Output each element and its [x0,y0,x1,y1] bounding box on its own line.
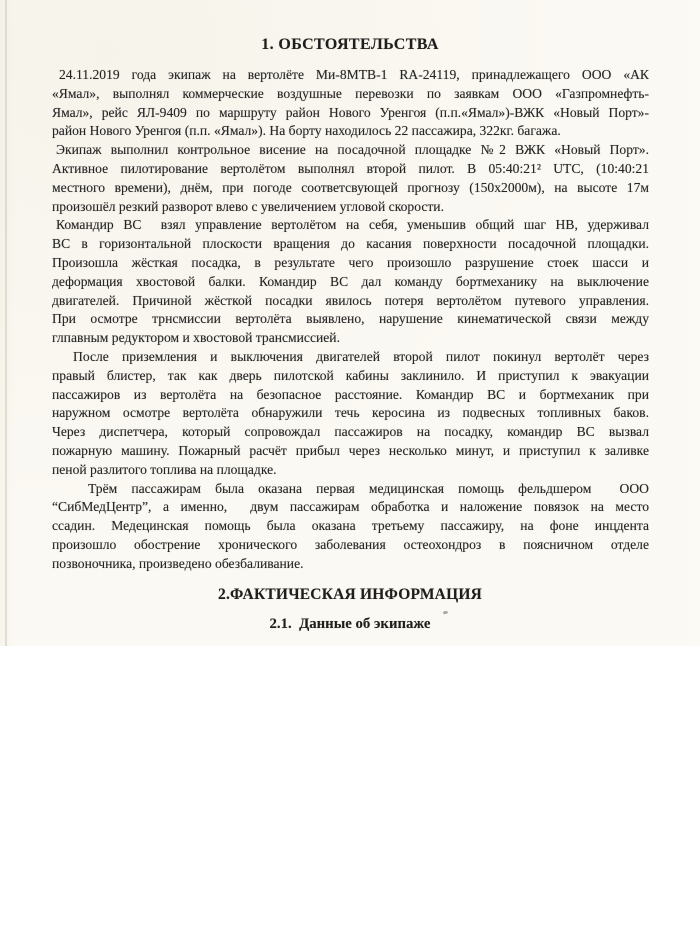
text-line: Трём пассажирам была оказана первая меди… [52,480,649,499]
paragraph: Экипаж выполнил контрольное висение на п… [52,141,649,216]
text-line: “СибМедЦентр”, а именно, двум пассажирам… [52,498,649,517]
text-line: ВС в горизонтальной плоскости вращения д… [52,235,649,254]
text-line: произошёл резкий разворот влево с увелич… [52,198,649,217]
text-line: 24.11.2019 года экипаж на вертолёте Ми-8… [52,66,649,85]
text-line: пеной разлитого топлива на площадке. [52,461,649,480]
document-body: 24.11.2019 года экипаж на вертолёте Ми-8… [52,66,649,574]
text-line: «Ямал», выполнял коммерческие воздушные … [52,85,649,104]
scan-edge-crease [5,0,7,646]
text-line: глпавным редуктором и хвостовой трансмис… [52,329,649,348]
document-page: 1. ОБСТОЯТЕЛЬСТВА 24.11.2019 года экипаж… [0,0,700,933]
section-2-heading: 2.ФАКТИЧЕСКАЯ ИНФОРМАЦИЯ [0,586,700,604]
text-line: двигателей. Причиной жёсткой посадки яви… [52,292,649,311]
text-line: пассажиров из вертолёта на безопасное ра… [52,386,649,405]
text-line: После приземления и выключения двигателе… [52,348,649,367]
text-line: Произошла жёсткая посадка, в результате … [52,254,649,273]
text-line: Командир ВС взял управление вертолётом н… [52,216,649,235]
scan-speck-artifact [443,610,449,614]
paragraph: Командир ВС взял управление вертолётом н… [52,216,649,348]
section-2-1-heading: 2.1. Данные об экипаже [0,616,700,633]
text-line: местного времени), днём, при погоде соот… [52,179,649,198]
text-line: Ямал», рейс ЯЛ-9409 по маршруту район Но… [52,104,649,123]
text-line: ссадин. Медецинская помощь была оказана … [52,517,649,536]
text-line: произошло обострение хронического заболе… [52,536,649,555]
paragraph: После приземления и выключения двигателе… [52,348,649,480]
text-line: пожарную машину. Пожарный расчёт прибыл … [52,442,649,461]
section-1-heading: 1. ОБСТОЯТЕЛЬСТВА [0,36,700,54]
text-line: Экипаж выполнил контрольное висение на п… [52,141,649,160]
text-line: При осмотре трнсмиссии вертолёта выявлен… [52,310,649,329]
paragraph: Трём пассажирам была оказана первая меди… [52,480,649,574]
text-line: район Нового Уренгоя (п.п. «Ямал»). На б… [52,122,649,141]
text-line: деформация хвостовой балки. Командир ВС … [52,273,649,292]
text-line: Через диспетчера, который сопровождал па… [52,423,649,442]
text-line: наружном осмотре вертолёта обнаружили те… [52,404,649,423]
text-line: правый блистер, так как дверь пилотской … [52,367,649,386]
text-line: позвоночника, произведено обезбаливание. [52,555,649,574]
paragraph: 24.11.2019 года экипаж на вертолёте Ми-8… [52,66,649,141]
text-line: Активное пилотирование вертолётом выполн… [52,160,649,179]
scanned-page-background: 1. ОБСТОЯТЕЛЬСТВА 24.11.2019 года экипаж… [0,0,700,646]
